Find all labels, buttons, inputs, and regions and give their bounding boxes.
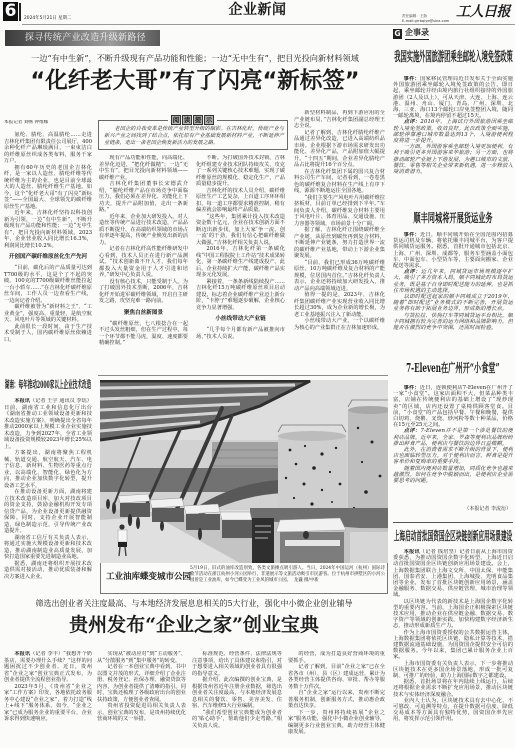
photo-top-divider xyxy=(98,375,388,376)
sidebar-article-4-body: 本报讯（记者 钱培坚）记者日前从上海市国资委获悉，为推动国资国企数字化转型，上海… xyxy=(393,549,513,748)
paragraph-text: （记者 钱培坚）记者日前从上海市国资委获悉，为推动国资国企数字化转型，上海近日启… xyxy=(393,549,513,598)
paragraph: 氨纶、腈纶、高温腈纶……走进吉林化纤集团有限责任公司展厅，400余种化纤产品琳琅… xyxy=(4,132,92,165)
paragraph-text: 近日，连锁便利店7-Eleven在广州开了一家“小食堂”。这家店面积不大，但菜品… xyxy=(393,385,513,428)
section-icon: G xyxy=(393,29,402,39)
paragraph: 湖南省工信厅有关负责人表示，将通过实施大规模设备更新和技术改造，推动湖南制造业高… xyxy=(4,535,92,561)
paragraph: 上海市国资委有关负责人表示，下一步将推动区块链技术在更多国企场景落地，形成一批可… xyxy=(393,661,513,680)
paragraph: 据介绍，此次编撰的创业宝典，是根据贵州省近年注册企业数据，筛选出创业者关注度最高… xyxy=(192,677,282,710)
lead-headline: “化纤老大哥”有了闪亮“新标签” xyxy=(0,69,390,94)
sidebar-headline-1: 我国实施外国旅游团乘坐邮轮入境免签政策 xyxy=(393,50,513,65)
paragraph: 没有核心技术，只能受制于人。为了打破国外技术垄断，2006年，吉林化纤开始进军碳… xyxy=(99,279,188,305)
lead-subhead-3: 小丝线带动大产业链 xyxy=(196,316,285,323)
header-divider xyxy=(22,24,515,25)
sidebar-section-label: 企事录 xyxy=(405,28,429,40)
lead-column-1: 本报记者 刘畅 钟维娜 氨纶、腈纶、高温腈纶……走进吉林化纤集团有限责任公司展厅… xyxy=(4,120,92,362)
sidebar-headline-2-text: 顺丰同城将开展货运业务 xyxy=(413,211,492,226)
guizhou-column-1: 本报讯（记者 李丰）“我想开个奶茶店，需要办理什么手续？”这样的问题困扰过不少创… xyxy=(4,651,92,748)
tip-title-char: 阅 xyxy=(171,115,181,125)
hunan-headline: 湖南：每年推动2000家以上企业技术改造 xyxy=(4,380,92,392)
sidebar-headline-4: 上海启动首批国资国企区块链创新应用场景建设 xyxy=(393,529,513,544)
lead-label: 本报讯 xyxy=(14,651,30,657)
lead-column-3: 不断。为打破国外技术封锁，吉林化纤组建专业技术团队持续攻关，攻克了一系列关键核心… xyxy=(196,155,285,372)
paragraph: 点评：2016年，上海试行外国旅游团乘坐邮轮入境免签政策，收效良好。此次政策全面… xyxy=(393,119,513,144)
paragraph: “碳纤维原丝，七八根捻合在一起不过头发丝粗细，但在生产过程中，每一个环节都不能马… xyxy=(99,321,188,347)
paragraph: 贵州省投资促进局相关负责人表示，创业宝典的发布，是贵州持续优化营商环境的又一举措… xyxy=(97,703,186,723)
paragraph: 事件：近日，连锁便利店7-Eleven在广州开了一家“小食堂”。这家店面积不大，… xyxy=(393,385,513,428)
paragraph: 记者在一本创业宝典中看到，书中以图文并茂的形式，详细介绍了企业注册、税务登记、社… xyxy=(97,664,186,703)
sidebar-headline-3: 7-Eleven在广州开“小食堂” xyxy=(393,361,513,376)
paragraph: 点评：近几年来，同城货运市场规模逐年扩大，吸引了多方资本入局。顺丰同城此时布局货… xyxy=(393,269,513,294)
paragraph-text: 国家移民管理局近日发布关于全面实施外国旅游团乘坐邮轮入境免签政策的公告，即日起，… xyxy=(393,76,513,119)
paragraph: 在推动设备更新方面，湖南将建立技术改造项目库，加大对技改项目的资金支持，鼓励金融… xyxy=(4,489,92,535)
paragraph: 现有产品功能和性能，向高端化、差异化迈进，“把化纤做精”；一边“无中生有”，把目… xyxy=(99,155,188,181)
guizhou-headline: 贵州发布“企业之家”创业宝典 xyxy=(0,614,388,637)
paragraph: 小丝线带动大产业，一个以碳纤维为核心的产业集群正在吉林加速形成。 xyxy=(294,318,385,331)
paragraph: 不断。为打破国外技术封锁，吉林化纤组建专业技术团队持续攻关，攻克了一系列关键核心… xyxy=(196,155,285,188)
paragraph: 据了解，吉林化纤正围绕碳纤维全产业链，从原丝到碳丝再到复合材料，不断延伸产业链条… xyxy=(294,227,385,260)
guizhou-column-3: 标准规范、经营条件、法律法规等注意事项，给出了具体建议和指引，对于想要进入相关领… xyxy=(192,651,282,748)
paragraph: 近年来，吉林化纤坚持以科技创新为引领，一边“有中生新”，不断升级现有产品功能和性… xyxy=(4,210,92,249)
lead-subhead-1: 开创国产碳纤维原丝化生产先河 xyxy=(4,254,92,261)
comment-label: 点评： xyxy=(404,119,421,125)
sidebar-headline-1-text: 我国实施外国旅游团乘坐邮轮入境免签政策 xyxy=(394,50,513,65)
reading-tip-title: 阅 读 提 示 xyxy=(168,115,217,125)
paragraph: 吉林化纤集团董事长宋德武介绍，“腈纶纤维产品在市场竞争中面临压力，我们必须在差异… xyxy=(99,181,188,214)
lead-label: 本报讯 xyxy=(14,398,30,404)
comment-label: 点评： xyxy=(404,428,421,434)
paragraph: 近年来，企业加大研发投入，对人造丝等传统产品进行技术改造，产品品质不断提升，在高… xyxy=(99,214,188,247)
lead-subhead-2: 聚焦白丝新图景 xyxy=(99,310,188,317)
reading-tip-text: 老国企的自我变革是传统产业转型升级的缩影。在吉林化纤，传统产业与新兴产业之间找到… xyxy=(104,126,284,147)
sidebar-divider xyxy=(393,522,513,523)
photo-credit: 龙巍 摄/中新 xyxy=(294,578,319,583)
paragraph: 本报讯（记者 钱培坚）记者日前从上海市国资委获悉，为推动国资国企数字化转型，上海… xyxy=(393,549,513,599)
photo-caption: 5月19日，旧式的油库改造别致，各类文旅摊点吸引游人。当日，2024年中国运河（… xyxy=(190,566,385,584)
paragraph: 标准规范、经营条件、法律法规等注意事项，给出了具体建议和指引，对于想要进入相关领… xyxy=(192,651,282,677)
paragraph: 业内人士认为，区块链技术具有去中心化、不可篡改、可追溯等特点，在提升数据可信度、… xyxy=(393,698,513,723)
guizhou-kicker: 筛选出创业者关注度最高、与本地经济发展息息相关的5大行业，强化中小微企业创业辅导 xyxy=(0,599,388,609)
paragraph: 值得一提的是，2023年，吉林化纤集团碳纤维产业实现营业收入同比增长超过30%，… xyxy=(294,292,385,318)
paragraph: 以区块链为代表的新技术是上海国企数字化转型的重要内容。当前，上海国企正积极探索区… xyxy=(393,599,513,630)
tip-title-char: 提 xyxy=(193,115,203,125)
paragraph: 本报讯（记者 李丰）“我想开个奶茶店，需要办理什么手续？”这样的问题困扰过不少创… xyxy=(4,651,92,684)
guizhou-column-4: 的经营，成为打造良好营商环境的重要抓手。 记者了解到，目前“企业之家”已在全省各… xyxy=(288,651,385,748)
sidebar-article-2-body: 事件：近日，顺丰同城开始在全国范围内招募货运司机及车辆，将依托顺丰同城平台，为客… xyxy=(393,232,513,350)
paragraph: 吉林化纤的技术人员介绍，碳纤维原丝生产工艺复杂，上百道工序环环相扣，每一道工序都… xyxy=(196,188,285,214)
paragraph: 2016年，吉林化纤第一条碳化线“中国工程院院士工作站”技术成果转化，第一条碳纤… xyxy=(196,246,285,279)
paragraph: “几乎每个月都有新产品被推向市场，”技术人员说。 xyxy=(196,327,285,340)
paragraph: “目前，我们已形成36万吨碳纤维原丝、10万吨碳纤维及复合材料的产能规模，位居国… xyxy=(294,260,385,293)
tip-title-char: 读 xyxy=(182,115,192,125)
paragraph: 点评：7-Eleven并不是第一个涉足餐饮的便利店品牌。近年来，全家、罗森等便利… xyxy=(393,428,513,447)
paragraph: 碳纤维被誉为“新材料之王”、“工业黄金”，强度高、重量轻，是航空航天、风电叶片等… xyxy=(4,304,92,324)
sidebar-headline-2: 顺丰同城将开展货运业务 xyxy=(393,211,513,226)
paragraph-text: 近日，顺丰同城开始在全国范围内招募货运司机及车辆，将依托顺丰同城平台，为客户提供… xyxy=(393,232,513,269)
paragraph: 记者在吉林化纤高性能纤维研发中心看到，技术人员正在进行新产品测试。“技术创新离不… xyxy=(99,246,188,279)
paragraph: 一方面，外国游客乘坐邮轮入境更加便利，有利于吸引更多外国游客来华旅游；另一方面，… xyxy=(393,144,513,175)
paragraph: “目前，碳化后的产品质量可达到T700级的水平，这是个了不起的突破。100克的T… xyxy=(4,265,92,304)
photo-caption-text: 5月19日，旧式的油库改造别致，各类文旅摊点吸引游人。当日，2024年中国运河（… xyxy=(190,566,385,583)
sidebar-headline-3-text: 7-Eleven在广州开“小食堂” xyxy=(406,361,499,376)
paragraph: 下一步，贵州将持续拓展“企业之家”服务功能，强化中小微企业创业辅导，编制更多行业… xyxy=(288,710,385,736)
sidebar-article-3-credit: （本报记者 李流衍） xyxy=(393,506,511,512)
lead-column-4: 新型材料制品，再到下游应用的全产业链布局，”吉林化纤集团副总经理王志全说。 记者… xyxy=(294,110,385,372)
photo-image xyxy=(100,380,388,563)
sidebar-headline-4-text: 上海启动首批国资国企区块链创新应用场景建设 xyxy=(394,529,512,544)
paragraph: 据悉，首批场景将在年内陆续上线运行，后续还将根据企业需求不断扩充应用场景，推动区… xyxy=(393,679,513,698)
paragraph: “这些年，集团累计投入技术改造资金数十亿元，企业在技术创新方面不断迈出新步伐，加… xyxy=(196,214,285,247)
paragraph: 记者了解到，目前“企业之家”已在全省各市（州）、县（区）建成运营，累计为各类经营… xyxy=(288,664,385,690)
lead-column-2: 现有产品功能和性能，向高端化、差异化迈进，“把化纤做精”；一边“无中生有”，把目… xyxy=(99,155,188,372)
paragraph: 事件：近日，顺丰同城开始在全国范围内招募货运司机及车辆，将依托顺丰同城平台，为客… xyxy=(393,232,513,269)
photo-title: 工业油库蝶变城市公园 xyxy=(106,572,191,583)
topic-banner: 探寻传统产业改造升级新路径 xyxy=(5,30,160,46)
paragraph: 实现从“被动应对”到“主动服务”、从“分散服务”到“集中服务”的转变。 xyxy=(97,651,186,664)
editor-email: E-mail:grrbqiye@sina.com xyxy=(402,19,449,24)
lead-kicker: 一边“有中生新”，不断升级现有产品功能和性能；一边“无中生有”，把目光投向新材料… xyxy=(0,53,390,63)
paragraph: 以即时配送起家的顺丰同城成立于2019年，随着“即时配送”业务模式的不断完善，开… xyxy=(393,294,513,313)
paragraph-text: （记者 王宇 通讯员 李瑶）日前，湖南省工业和信息化厅出台《湖南省推动工业领域设… xyxy=(4,398,92,450)
paragraph: 与货拉拉、快狗打车等同城货运平台相比，顺丰同城拥有较为完善的运力网络和品牌影响力… xyxy=(393,313,513,332)
paragraph: 作为上海市国资委授权的公共数据运营主体，上海数据集团将依托区块链、隐私计算等技术… xyxy=(393,630,513,661)
paragraph: 记者了解到，吉林化纤腈纶纤维产品通过差异化改造，已进入高端纺织品市场。企业根据下… xyxy=(294,130,385,169)
paragraph: 新型材料制品，再到下游应用的全产业链布局，”吉林化纤集团副总经理王志全说。 xyxy=(294,110,385,130)
lead-byline: 本报记者 刘畅 钟维娜 xyxy=(4,120,92,126)
paragraph: 紧接着，一条条新线陆续投产……吉林化纤15万吨碳纤维原丝项目启动建设，标志着企业… xyxy=(196,279,285,312)
paragraph: 随着国内便利店数量增加，同质化竞争也越来越激烈。如何在竞争中脱颖而出，是便利店企… xyxy=(393,466,513,485)
paragraph: “我们主要生产风电叶片用碳纤维拉挤板材，目前订单已经排到下半年。”车间负责人介绍… xyxy=(294,195,385,228)
guizhou-column-2: 实现从“被动应对”到“主动服务”、从“分散服务”到“集中服务”的转变。 记者在一… xyxy=(97,651,186,748)
paragraph: 自“企业之家”运行以来，贵州不断完善服务机制，创新服务方式，推动惠企政策直达快享… xyxy=(288,690,385,710)
photo-oil-depot-park xyxy=(100,380,388,563)
masthead-logo: 工人日报 xyxy=(456,4,510,21)
sidebar-article-3-body: 事件：近日，连锁便利店7-Eleven在广州开了一家“小食堂”。这家店面积不大，… xyxy=(393,385,513,505)
paragraph: 本报讯（记者 王宇 通讯员 李瑶）日前，湖南省工业和信息化厅出台《湖南省推动工业… xyxy=(4,398,92,450)
paragraph: 事件：国家移民管理局近日发布关于全面实施外国旅游团乘坐邮轮入境免签政策的公告，即… xyxy=(393,76,513,119)
hunan-article-body: 本报讯（记者 王宇 通讯员 李瑶）日前，湖南省工业和信息化厅出台《湖南省推动工业… xyxy=(4,398,92,595)
paragraph: 此外，在消费者需求不断升级的背景下，便利店也面临转型压力。对于便利店而言，鲜食是… xyxy=(393,447,513,466)
paragraph: 拥有60年历史的老国企吉林化纤，是一家以人造丝、腈纶纤维等传统纤维为主的企业，也… xyxy=(4,165,92,211)
paragraph: 此前很长一段时间，由于生产技术受制于人，国内碳纤维原丝依赖进口。 xyxy=(4,324,92,344)
paragraph: 在吉林化纤集团下属的国兴复合材料公司生产车间，记者看到，一卷卷黑色的碳纤维复合材… xyxy=(294,169,385,195)
paragraph: “我们希望创业宝典能成为创业者的‘贴心助手’，帮助他们少走弯路，”相关负责人说。 xyxy=(192,710,282,730)
sidebar-article-1-body: 事件：国家移民管理局近日发布关于全面实施外国旅游团乘坐邮轮入境免签政策的公告，即… xyxy=(393,76,513,200)
paragraph: 的经营，成为打造良好营商环境的重要抓手。 xyxy=(288,651,385,664)
editor-info: 责任编辑：王娇 E-mail:grrbqiye@sina.com xyxy=(402,14,449,23)
hunan-headline-text: 湖南：每年推动2000家以上企业技术改造 xyxy=(5,380,91,392)
tip-title-char: 示 xyxy=(204,115,214,125)
paragraph: 据悉，湖南还将组织开展技术改造供需对接活动，推动优质装备和解决方案进入企业。 xyxy=(4,561,92,581)
paragraph: 方案提出，湖南将聚焦工程机械、轨道交通、航空航天、汽车、电子信息、新材料、生物医… xyxy=(4,450,92,489)
paragraph: 2023年5月，《贵州省“企业之家”工作方案》印发，各地依托政务服务中心建设“企… xyxy=(4,684,92,723)
